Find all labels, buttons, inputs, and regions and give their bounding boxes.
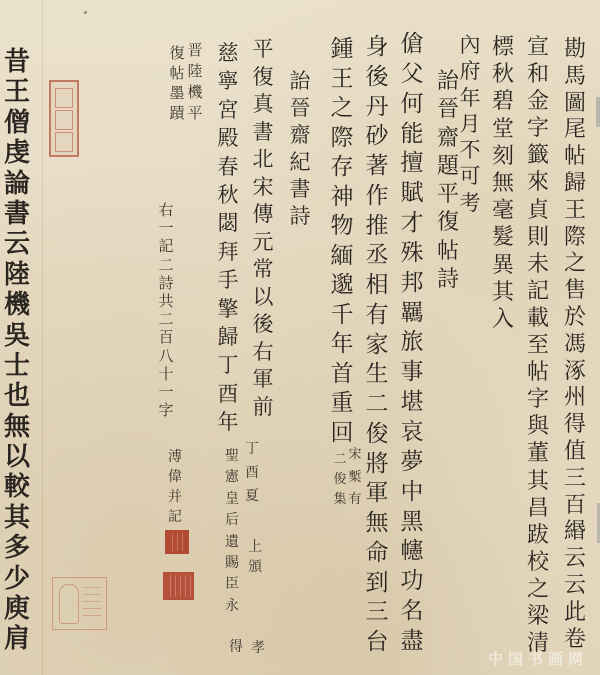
glyph: 夢 (398, 448, 426, 478)
glyph: 至 (524, 332, 552, 359)
glyph: 平 (249, 36, 277, 64)
glyph: 墨 (167, 83, 187, 103)
glyph: 未 (524, 251, 552, 278)
glyph: 俊 (331, 470, 349, 490)
poem-2-line-2: 慈寧宮殿春秋閟拜手擎歸丁酉年 (214, 39, 242, 436)
glyph: 得 (227, 637, 245, 657)
glyph: 記 (524, 278, 552, 305)
glyph: 有 (363, 301, 391, 331)
glyph: 父 (398, 60, 426, 90)
poem-1-line-3: 鍾王之際存神物緬邈千年首重回 (328, 35, 356, 448)
glyph: 際 (561, 225, 589, 252)
glyph: 一 (156, 219, 176, 237)
glyph: 酉 (243, 462, 261, 486)
glyph: 元 (249, 229, 277, 257)
glyph: 能 (398, 120, 426, 150)
glyph: 標 (489, 34, 517, 61)
glyph: 紀 (286, 149, 314, 176)
heading-column-1: 晋陸機平 (185, 40, 205, 124)
quotation-column: 昔王僧虔論書云陸機吳士也無以較其多少庾肩 (1, 47, 33, 655)
glyph: 齋 (286, 122, 314, 149)
glyph: 以 (1, 442, 33, 472)
glyph: 云 (1, 229, 33, 259)
glyph: 歸 (214, 323, 242, 351)
poem-2-note-1: 丁酉夏 (243, 438, 261, 509)
glyph: 圖 (561, 91, 589, 118)
glyph: 晋 (185, 40, 205, 61)
glyph: 擎 (214, 295, 242, 323)
glyph: 秋 (214, 181, 242, 209)
glyph: 千 (328, 301, 356, 331)
poem-1-note-2: 二俊集 (331, 450, 349, 510)
summary-column: 右一記二詩共二百八十一字 (156, 201, 176, 419)
glyph: 金 (524, 88, 552, 115)
seal-glyph (168, 533, 186, 551)
site-watermark: 中国书画网 (488, 648, 588, 669)
glyph: 則 (524, 224, 552, 251)
glyph: 字 (524, 386, 552, 413)
edge-mark (596, 97, 600, 127)
record-column-2: 宣和金字籤來貞則未記載至帖字與董其昌跋校之梁清 (524, 34, 552, 657)
glyph: 髮 (489, 224, 517, 251)
glyph: 二 (156, 256, 176, 274)
glyph: 殊 (398, 239, 426, 269)
glyph: 宋 (249, 174, 277, 202)
glyph: 無 (363, 509, 391, 539)
seal-glyph (83, 584, 101, 622)
glyph: 邈 (328, 271, 356, 301)
glyph: 憲 (223, 467, 241, 488)
glyph: 共 (156, 292, 176, 310)
glyph: 夏 (243, 485, 261, 509)
glyph: 題 (434, 153, 462, 181)
glyph: 勘 (561, 37, 589, 64)
glyph: 以 (249, 284, 277, 312)
glyph: 士 (1, 351, 33, 381)
glyph: 之 (561, 251, 589, 278)
glyph: 擅 (398, 149, 426, 179)
glyph: 事 (398, 358, 426, 388)
glyph: 哀 (398, 418, 426, 448)
glyph: 二 (363, 390, 391, 420)
glyph: 毫 (489, 197, 517, 224)
glyph: 內 (456, 32, 484, 58)
glyph: 百 (156, 328, 176, 346)
glyph: 三 (363, 598, 391, 628)
glyph: 入 (489, 306, 517, 333)
glyph: 殿 (214, 124, 242, 152)
glyph: 庾 (1, 594, 33, 624)
glyph: 書 (1, 199, 33, 229)
glyph: 并 (165, 487, 185, 507)
poem-1-line-2: 身後丹砂著作推丞相有家生二俊將軍無命到三台 (363, 33, 391, 658)
glyph: 重 (328, 389, 356, 419)
glyph: 虔 (1, 138, 33, 168)
glyph: 緡 (561, 519, 589, 546)
glyph: 校 (524, 549, 552, 576)
glyph: 之 (524, 576, 552, 603)
glyph: 物 (328, 212, 356, 242)
glyph: 和 (524, 61, 552, 88)
glyph: 上 (246, 537, 264, 557)
glyph: 詩 (434, 266, 462, 294)
glyph: 異 (489, 252, 517, 279)
signature-seal-2 (163, 572, 194, 600)
glyph: 台 (363, 628, 391, 658)
glyph: 後 (249, 311, 277, 339)
glyph: 二 (156, 310, 176, 328)
glyph: 閟 (214, 209, 242, 237)
glyph: 中 (398, 478, 426, 508)
seal-stamp-top-left (49, 80, 79, 157)
glyph: 名 (398, 597, 426, 627)
seal-glyph (55, 110, 73, 130)
glyph: 詒 (286, 68, 314, 95)
glyph: 才 (398, 209, 426, 239)
glyph: 作 (363, 182, 391, 212)
glyph: 籤 (524, 142, 552, 169)
glyph: 復 (434, 209, 462, 237)
glyph: 鍾 (328, 35, 356, 65)
glyph: 溥 (165, 447, 185, 467)
glyph: 羈 (398, 299, 426, 329)
glyph: 酉 (214, 380, 242, 408)
glyph: 功 (398, 567, 426, 597)
glyph: 州 (561, 385, 589, 412)
glyph: 董 (524, 440, 552, 467)
poem-1-title: 詒晉齋題平復帖詩 (434, 68, 462, 294)
glyph: 記 (156, 237, 176, 255)
glyph: 到 (363, 569, 391, 599)
signature-seal-1 (165, 530, 189, 554)
glyph: 春 (214, 153, 242, 181)
glyph: 命 (363, 539, 391, 569)
glyph: 際 (328, 124, 356, 154)
glyph: 首 (328, 360, 356, 390)
glyph: 遺 (223, 532, 241, 553)
glyph: 王 (1, 77, 33, 107)
glyph: 北 (249, 146, 277, 174)
glyph: 刻 (489, 143, 517, 170)
seal-glyph (59, 584, 79, 624)
glyph: 陸 (1, 260, 33, 290)
glyph: 右 (249, 339, 277, 367)
glyph: 碧 (489, 88, 517, 115)
glyph: 手 (214, 266, 242, 294)
glyph: 帖 (561, 144, 589, 171)
glyph: 年 (214, 408, 242, 436)
glyph: 云 (561, 573, 589, 600)
glyph: 與 (524, 413, 552, 440)
glyph: 平 (185, 103, 205, 124)
glyph: 傳 (249, 201, 277, 229)
calligraphy-manuscript: 勘馬圖尾帖歸王際之售於馮涿州得值三百緡云云此卷 宣和金字籤來貞則未記載至帖字與董… (0, 0, 600, 675)
poem-2-note-2: 上頒 (246, 537, 264, 577)
glyph: 機 (1, 290, 33, 320)
glyph: 臣 (223, 574, 241, 595)
glyph: 堂 (489, 116, 517, 143)
glyph: 貞 (524, 197, 552, 224)
seal-stamp-bottom-left (52, 577, 107, 630)
glyph: 何 (398, 90, 426, 120)
glyph: 較 (1, 472, 33, 502)
glyph: 聖 (223, 446, 241, 467)
glyph: 王 (328, 65, 356, 95)
glyph: 復 (249, 64, 277, 92)
glyph: 神 (328, 183, 356, 213)
glyph: 俊 (363, 420, 391, 450)
glyph: 偉 (165, 467, 185, 487)
glyph: 丞 (363, 241, 391, 271)
glyph: 傖 (398, 30, 426, 60)
glyph: 晉 (434, 96, 462, 124)
glyph: 歸 (561, 171, 589, 198)
glyph: 十 (156, 365, 176, 383)
glyph: 平 (434, 181, 462, 209)
glyph: 詩 (156, 274, 176, 292)
glyph: 字 (524, 115, 552, 142)
glyph: 字 (156, 401, 176, 419)
glyph: 慈 (214, 39, 242, 67)
glyph: 幰 (398, 537, 426, 567)
glyph: 帖 (524, 359, 552, 386)
glyph: 賜 (223, 553, 241, 574)
glyph: 梁 (524, 603, 552, 630)
glyph: 孝 (249, 638, 267, 658)
heading-column-2: 復帖墨蹟 (167, 43, 187, 123)
glyph: 帖 (167, 63, 187, 83)
glyph: 皇 (223, 489, 241, 510)
signature: 溥偉并記 (165, 447, 185, 527)
paper-speck (84, 11, 87, 14)
glyph: 載 (524, 305, 552, 332)
glyph: 值 (561, 439, 589, 466)
glyph: 書 (249, 119, 277, 147)
glyph: 相 (363, 271, 391, 301)
seal-glyph (55, 88, 73, 108)
glyph: 軍 (363, 479, 391, 509)
glyph: 身 (363, 33, 391, 63)
glyph: 跋 (524, 522, 552, 549)
glyph: 無 (1, 412, 33, 442)
record-column-3: 標秋碧堂刻無毫髮異其入 (489, 34, 517, 333)
glyph: 永 (223, 596, 241, 617)
glyph: 后 (223, 510, 241, 531)
glyph: 百 (561, 493, 589, 520)
glyph: 真 (249, 91, 277, 119)
glyph: 宣 (524, 34, 552, 61)
glyph: 來 (524, 169, 552, 196)
poem-2-note-5: 得 (227, 637, 245, 657)
glyph: 其 (489, 279, 517, 306)
glyph: 陸 (185, 61, 205, 82)
glyph: 頒 (246, 557, 264, 577)
glyph: 其 (1, 503, 33, 533)
glyph: 詒 (434, 68, 462, 96)
glyph: 著 (363, 152, 391, 182)
glyph: 王 (561, 198, 589, 225)
glyph: 書 (286, 176, 314, 203)
glyph: 此 (561, 600, 589, 627)
glyph: 拜 (214, 238, 242, 266)
glyph: 一 (156, 383, 176, 401)
glyph: 砂 (363, 122, 391, 152)
glyph: 少 (1, 564, 33, 594)
glyph: 八 (156, 347, 176, 365)
record-column-1: 勘馬圖尾帖歸王際之售於馮涿州得值三百緡云云此卷 (561, 37, 589, 653)
glyph: 吳 (1, 321, 33, 351)
seal-glyph (166, 575, 191, 597)
glyph: 秋 (489, 61, 517, 88)
glyph: 馬 (561, 64, 589, 91)
glyph: 僧 (1, 108, 33, 138)
glyph: 盡 (398, 627, 426, 657)
glyph: 詩 (286, 203, 314, 230)
glyph: 軍 (249, 366, 277, 394)
glyph: 三 (561, 466, 589, 493)
glyph: 邦 (398, 269, 426, 299)
glyph: 旅 (398, 328, 426, 358)
poem-2-line-1: 平復真書北宋傳元常以後右軍前 (249, 36, 277, 421)
glyph: 云 (561, 546, 589, 573)
glyph: 之 (328, 94, 356, 124)
glyph: 常 (249, 256, 277, 284)
glyph: 將 (363, 450, 391, 480)
glyph: 生 (363, 360, 391, 390)
glyph: 涿 (561, 359, 589, 386)
glyph: 昔 (1, 47, 33, 77)
glyph: 也 (1, 381, 33, 411)
glyph: 記 (165, 507, 185, 527)
glyph: 推 (363, 212, 391, 242)
poem-2-title: 詒晉齋紀書詩 (286, 68, 314, 230)
glyph: 集 (331, 490, 349, 510)
glyph: 黑 (398, 508, 426, 538)
glyph: 馮 (561, 332, 589, 359)
glyph: 其 (524, 468, 552, 495)
glyph: 丹 (363, 93, 391, 123)
glyph: 齋 (434, 125, 462, 153)
glyph: 家 (363, 331, 391, 361)
glyph: 無 (489, 170, 517, 197)
glyph: 右 (156, 201, 176, 219)
glyph: 丁 (214, 351, 242, 379)
glyph: 晉 (286, 95, 314, 122)
glyph: 堪 (398, 388, 426, 418)
glyph: 尾 (561, 117, 589, 144)
glyph: 年 (328, 330, 356, 360)
glyph: 售 (561, 278, 589, 305)
glyph: 緬 (328, 242, 356, 272)
glyph: 宮 (214, 96, 242, 124)
glyph: 存 (328, 153, 356, 183)
glyph: 昌 (524, 495, 552, 522)
glyph: 機 (185, 82, 205, 103)
glyph: 前 (249, 394, 277, 422)
glyph: 二 (331, 450, 349, 470)
glyph: 多 (1, 533, 33, 563)
paper-seam (42, 0, 43, 675)
glyph: 後 (363, 63, 391, 93)
glyph: 於 (561, 305, 589, 332)
poem-2-note-4: 聖憲皇后遺賜臣永 (223, 446, 241, 617)
glyph: 論 (1, 169, 33, 199)
seal-glyph (55, 132, 73, 152)
glyph: 賦 (398, 179, 426, 209)
poem-1-line-1: 傖父何能擅賦才殊邦羈旅事堪哀夢中黑幰功名盡 (398, 30, 426, 657)
poem-2-note-3: 孝 (249, 638, 267, 658)
glyph: 得 (561, 412, 589, 439)
glyph: 丁 (243, 438, 261, 462)
glyph: 復 (167, 43, 187, 63)
glyph: 蹟 (167, 103, 187, 123)
glyph: 寧 (214, 67, 242, 95)
glyph: 帖 (434, 238, 462, 266)
glyph: 肩 (1, 624, 33, 654)
